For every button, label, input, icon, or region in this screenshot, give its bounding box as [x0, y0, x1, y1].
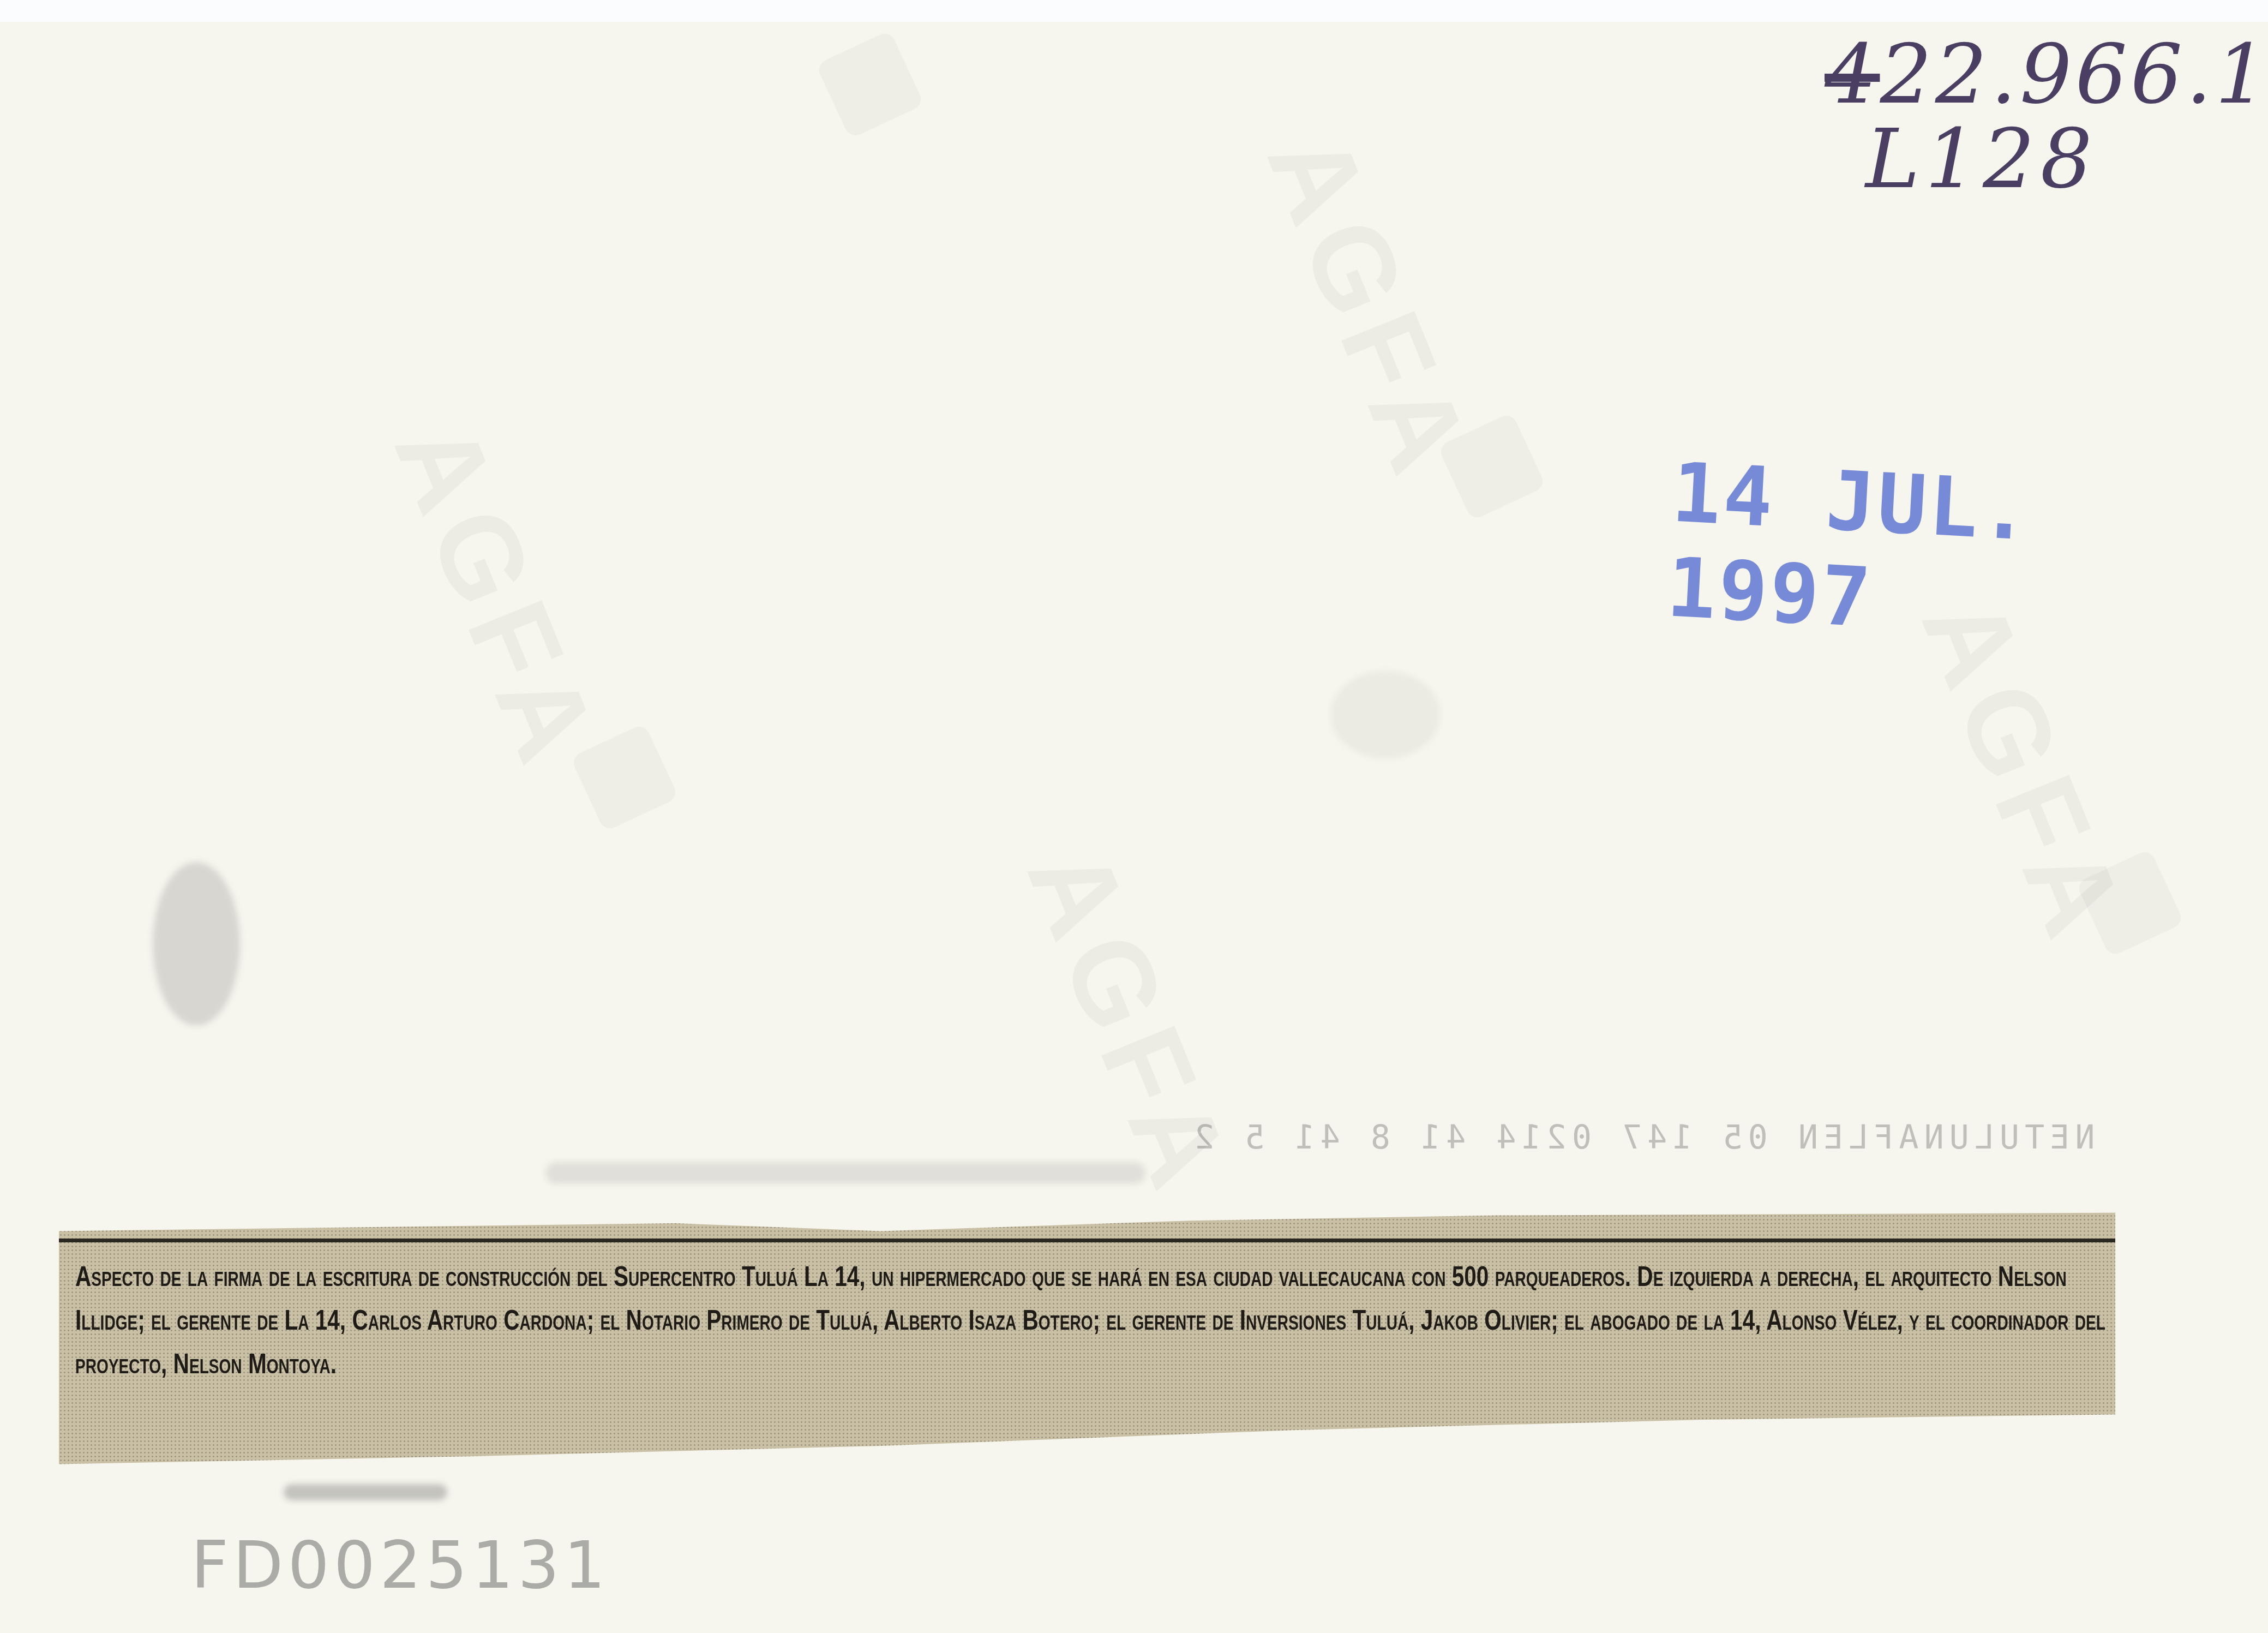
handwritten-catalog-number: 422.966.1: [1825, 27, 2268, 122]
struck-digit: 4: [1825, 27, 1880, 122]
clipping-rule: [59, 1239, 2115, 1242]
agfa-logo-watermark: [815, 30, 924, 139]
scan-top-margin: [0, 0, 2268, 22]
glue-residue: [284, 1484, 447, 1500]
date-stamp: 14 JUL. 1997: [1665, 446, 2268, 667]
catalog-number: 22.966.1: [1880, 27, 2268, 122]
archive-code: FD0025131: [191, 1528, 610, 1604]
caption-text: Aspecto de la firma de la escritura de c…: [75, 1255, 2128, 1386]
mirrored-showthrough-text: NETULUNAFLEN 05 147 0214 41 8 41 5 2: [1189, 1118, 2095, 1157]
glue-residue: [545, 1162, 1145, 1184]
handwritten-shelf-code: L128: [1865, 112, 2098, 207]
stain: [153, 862, 240, 1026]
agfa-watermark: AGFA: [369, 404, 627, 789]
stain: [1331, 671, 1440, 758]
